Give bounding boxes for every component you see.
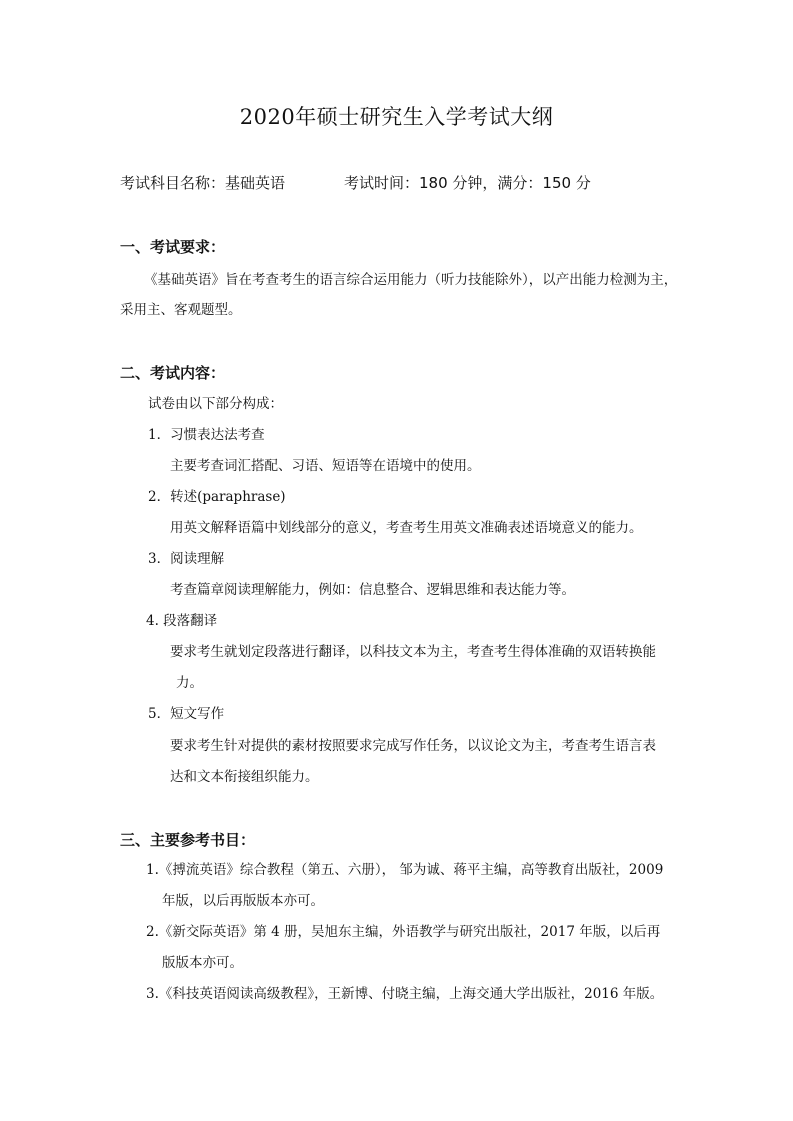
content-item-4-title: 4. 段落翻译 (146, 615, 217, 629)
section-2-heading: 二、考试内容： (120, 366, 225, 381)
reference-1-line-2: 年版，以后再版版本亦可。 (162, 895, 324, 909)
content-item-4-desc-line-1: 要求考生就划定段落进行翻译，以科技文本为主，考查考生得体准确的双语转换能 (170, 646, 656, 660)
content-item-2-desc: 用英文解释语篇中划线部分的意义，考查考生用英文准确表述语境意义的能力。 (170, 522, 643, 536)
content-item-3-desc: 考查篇章阅读理解能力，例如：信息整合、逻辑思维和表达能力等。 (170, 584, 575, 598)
section-1-paragraph-line-1: 《基础英语》旨在考查考生的语言综合运用能力（听力技能除外），以产出能力检测为主， (144, 274, 677, 288)
document-page: 2020年硕士研究生入学考试大纲 考试科目名称：基础英语 考试时间：180 分钟… (0, 0, 793, 1121)
section-1-paragraph-line-2: 采用主、客观题型。 (120, 304, 242, 318)
content-item-1-desc: 主要考查词汇搭配、习语、短语等在语境中的使用。 (170, 460, 481, 474)
content-item-4-desc-line-2: 力。 (176, 677, 203, 691)
content-item-3-title: 3．阅读理解 (148, 553, 224, 567)
document-title: 2020年硕士研究生入学考试大纲 (0, 107, 793, 128)
exam-subject: 考试科目名称：基础英语 (120, 176, 285, 191)
content-item-1-title: 1．习惯表达法考查 (148, 429, 265, 443)
reference-1-line-1: 1.《搏流英语》综合教程（第五、六册）， 邹为诚、蒋平主编，高等教育出版社，20… (146, 864, 663, 878)
content-item-5-desc-line-2: 达和文本衔接组织能力。 (170, 771, 319, 785)
reference-2-line-2: 版版本亦可。 (162, 957, 243, 971)
content-item-2-title: 2．转述(paraphrase) (148, 491, 286, 505)
content-item-5-title: 5．短文写作 (148, 708, 224, 722)
reference-2-line-1: 2.《新交际英语》第 4 册，吴旭东主编，外语教学与研究出版社，2017 年版，… (146, 926, 660, 940)
reference-3: 3.《科技英语阅读高级教程》，王新博、付晓主编，上海交通大学出版社，2016 年… (146, 988, 663, 1002)
exam-time-score: 考试时间：180 分钟，满分：150 分 (344, 176, 591, 191)
content-item-5-desc-line-1: 要求考生针对提供的素材按照要求完成写作任务，以议论文为主，考查考生语言表 (170, 740, 656, 754)
section-2-intro: 试卷由以下部分构成： (148, 398, 283, 412)
section-3-heading: 三、主要参考书目： (120, 833, 255, 848)
section-1-heading: 一、考试要求： (120, 240, 225, 255)
